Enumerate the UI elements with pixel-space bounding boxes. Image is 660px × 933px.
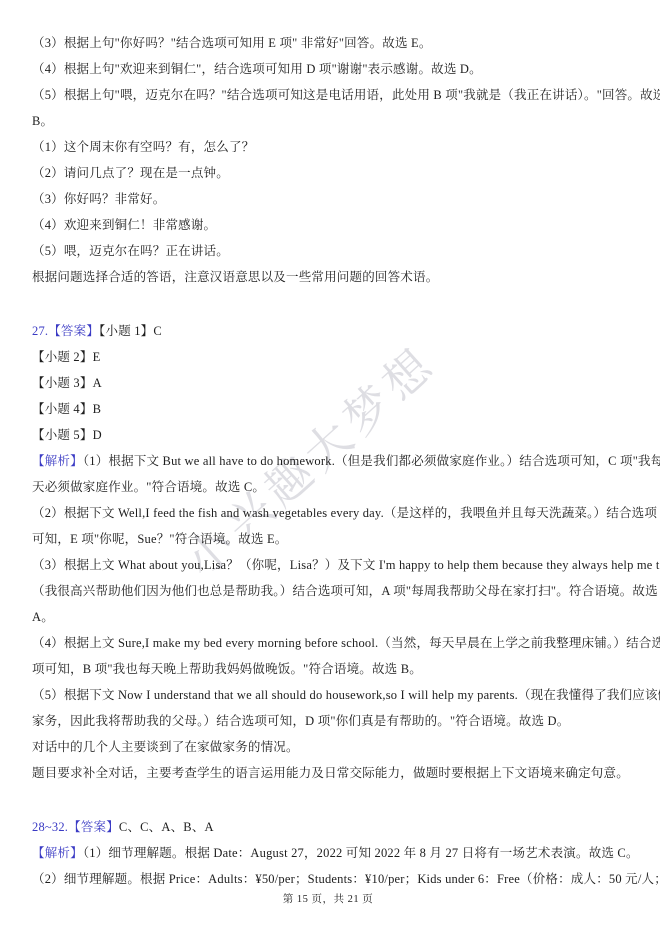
q26-analysis-line: （3）根据上句"你好吗？"结合选项可知用 E 项" 非常好"回答。故选 E。 <box>32 30 624 56</box>
q27-answer-item: 【小题 1】C <box>99 324 162 338</box>
q26-summary-line: 根据问题选择合适的答语，注意汉语意思以及一些常用问题的回答术语。 <box>32 264 624 290</box>
blank-line <box>32 290 624 318</box>
q27-answer-label: 【答案】 <box>48 324 99 338</box>
q28-analysis-heading: 【解析】（1）细节理解题。根据 Date：August 27，2022 可知 2… <box>32 840 624 866</box>
q27-analysis-line: 可知，E 项"你呢，Sue？"符合语境。故选 E。 <box>32 526 624 552</box>
q27-answer-item: 【小题 2】E <box>32 344 624 370</box>
q27-analysis-line: 对话中的几个人主要谈到了在家做家务的情况。 <box>32 734 624 760</box>
q26-analysis-line: （5）根据上句"喂，迈克尔在吗？"结合选项可知这是电话用语，此处用 B 项"我就… <box>32 82 624 108</box>
q27-analysis-line: （3）根据上文 What about you,Lisa？（你呢，Lisa？）及下… <box>32 552 624 578</box>
q28-answer-items: C、C、A、B、A <box>119 820 214 834</box>
q27-answer-item: 【小题 4】B <box>32 396 624 422</box>
q27-analysis-line: 家务，因此我将帮助我的父母。）结合选项可知，D 项"你们真是有帮助的。"符合语境… <box>32 708 624 734</box>
q28-answer-label: 【答案】 <box>68 820 119 834</box>
q27-analysis-line: A。 <box>32 604 624 630</box>
q27-number: 27. <box>32 324 48 338</box>
q27-analysis-line: 题目要求补全对话，主要考查学生的语言运用能力及日常交际能力，做题时要根据上下文语… <box>32 760 624 786</box>
q26-translation-line: （1）这个周末你有空吗？有，怎么了？ <box>32 134 624 160</box>
q26-analysis-line: （4）根据上句"欢迎来到铜仁"，结合选项可知用 D 项"谢谢"表示感谢。故选 D… <box>32 56 624 82</box>
q27-analysis-line: （5）根据下文 Now I understand that we all sho… <box>32 682 624 708</box>
q28-analysis-line: （2）细节理解题。根据 Price：Adults：¥50/per；Student… <box>32 866 624 892</box>
q27-analysis-line: 天必须做家庭作业。"符合语境。故选 C。 <box>32 474 624 500</box>
blank-line <box>32 786 624 814</box>
q27-analysis-line: （我很高兴帮助他们因为他们也总是帮助我。）结合选项可知，A 项"每周我帮助父母在… <box>32 578 624 604</box>
q26-translation-line: （2）请问几点了？现在是一点钟。 <box>32 160 624 186</box>
q27-answer-item: 【小题 5】D <box>32 422 624 448</box>
q26-translation-line: （3）你好吗？非常好。 <box>32 186 624 212</box>
q26-analysis-line: B。 <box>32 108 624 134</box>
q27-analysis-line: （4）根据上文 Sure,I make my bed every morning… <box>32 630 624 656</box>
q27-analysis-heading: 【解析】（1）根据下文 But we all have to do homewo… <box>32 448 624 474</box>
q27-analysis-label: 【解析】 <box>32 454 83 468</box>
q28-number: 28~32. <box>32 820 68 834</box>
q27-answer-item: 【小题 3】A <box>32 370 624 396</box>
page-number-footer: 第 15 页，共 21 页 <box>32 893 624 907</box>
q26-translation-line: （5）喂，迈克尔在吗？正在讲话。 <box>32 238 624 264</box>
q27-analysis-first: （1）根据下文 But we all have to do homework.（… <box>83 454 660 468</box>
q28-analysis-first: （1）细节理解题。根据 Date：August 27，2022 可知 2022 … <box>83 846 639 860</box>
document-content: （3）根据上句"你好吗？"结合选项可知用 E 项" 非常好"回答。故选 E。 （… <box>0 0 660 907</box>
q26-translation-line: （4）欢迎来到铜仁！非常感谢。 <box>32 212 624 238</box>
q28-analysis-label: 【解析】 <box>32 846 83 860</box>
q27-analysis-line: 项可知，B 项"我也每天晚上帮助我妈妈做晚饭。"符合语境。故选 B。 <box>32 656 624 682</box>
answer-sheet-page: 小兴趣大梦想 （3）根据上句"你好吗？"结合选项可知用 E 项" 非常好"回答。… <box>0 0 660 933</box>
q27-analysis-line: （2）根据下文 Well,I feed the fish and wash ve… <box>32 500 624 526</box>
q27-answer-heading: 27.【答案】【小题 1】C <box>32 318 624 344</box>
q28-answer-heading: 28~32.【答案】C、C、A、B、A <box>32 814 624 840</box>
